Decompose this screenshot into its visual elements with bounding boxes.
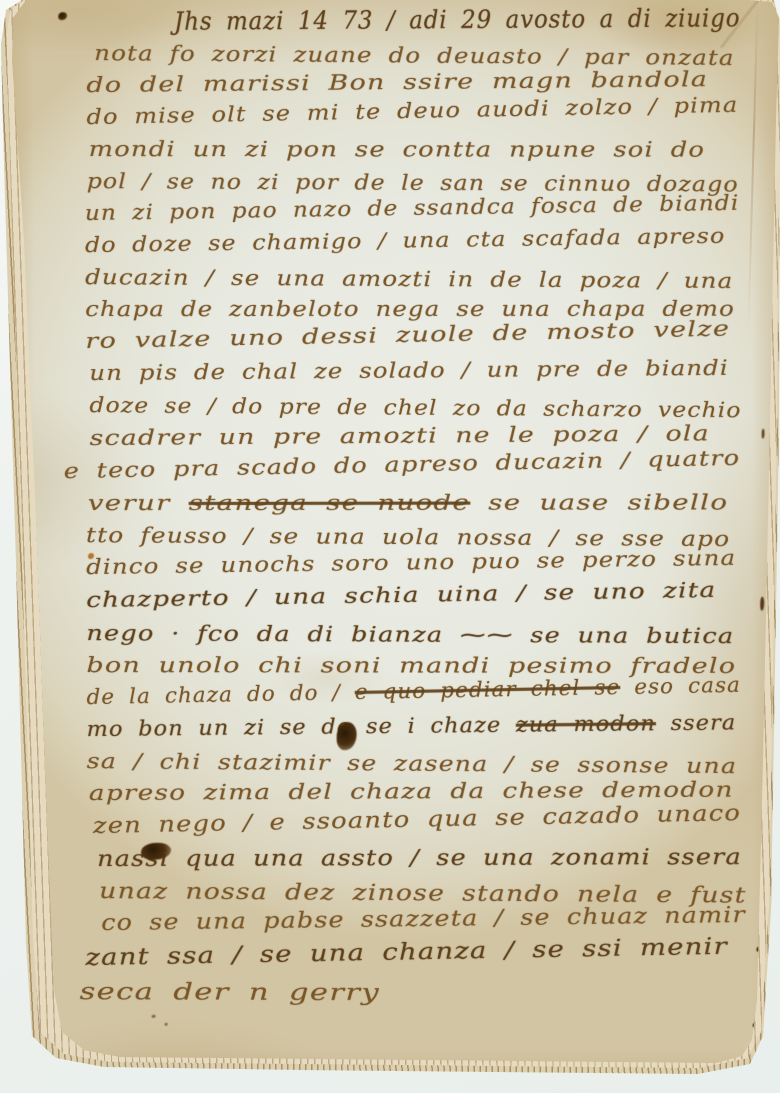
manuscript-line: sa / chi stazimir se zasena / se ssonse … <box>87 751 738 777</box>
edge-speck <box>165 1023 168 1026</box>
manuscript-line: bon unolo chi soni mandi pesimo fradelo <box>86 655 736 677</box>
manuscript-line: doze se / do pre de chel zo da scharzo v… <box>89 395 741 421</box>
manuscript-line: apreso zima del chaza da chese demodon <box>89 779 734 804</box>
edge-speck <box>152 1015 156 1018</box>
ink-blot <box>58 12 67 20</box>
manuscript-line: de la chaza do do / e quo pediar chel se… <box>86 675 741 708</box>
struck-text: stanega se nuode <box>189 491 471 515</box>
manuscript-line: un zi pon pao nazo de ssandca fosca de b… <box>85 193 740 224</box>
manuscript-line: seca der n gerry <box>80 981 381 1005</box>
manuscript-line: do del marissi Bon ssire magn bandola <box>86 69 708 96</box>
manuscript-line: e teco pra scado do apreso ducazin / qua… <box>64 448 741 482</box>
manuscript-line: zant ssa / se una chanza / se ssi menir <box>85 936 728 970</box>
manuscript-line: ro valze uno dessi zuole de mosto velze <box>85 318 730 352</box>
manuscript-line: nota fo zorzi zuane do deuasto / par onz… <box>94 43 735 69</box>
ink-blot <box>337 722 357 750</box>
manuscript-line: ducazin / se una amozti in de la poza / … <box>85 267 733 292</box>
photo-background: { "document": { "kind": "handwritten man… <box>0 0 780 1093</box>
struck-text: e quo pediar chel se <box>355 675 621 704</box>
edge-speck <box>762 429 765 439</box>
handwriting-layer: Jhs mazi 14 73 / adi 29 avosto a di ziui… <box>0 0 780 1093</box>
manuscript-line: un pis de chal ze solado / un pre de bia… <box>89 358 729 384</box>
manuscript-line: mondi un zi pon se contta npune soi do <box>89 139 706 161</box>
manuscript-line: dinco se unochs soro uno puo se perzo su… <box>86 548 736 578</box>
manuscript-line: scadrer un pre amozti ne le poza / ola <box>90 423 710 449</box>
manuscript-line: co se una pabse ssazzeta / se chuaz nami… <box>101 905 746 935</box>
manuscript-page: Jhs mazi 14 73 / adi 29 avosto a di ziui… <box>0 0 780 1093</box>
manuscript-line: zen nego / e ssoanto qua se cazado unaco <box>93 803 741 838</box>
manuscript-line: chapa de zanbeloto nega se una chapa dem… <box>85 299 735 320</box>
manuscript-line: nego · fco da di bianza ⁓⁓ se una butica <box>86 623 734 647</box>
manuscript-line: do doze se chamigo / una cta scafada apr… <box>85 226 726 256</box>
edge-speck <box>760 597 764 611</box>
manuscript-line: do mise olt se mi te deuo auodi zolzo / … <box>86 95 738 128</box>
manuscript-line: chazperto / una schia uina / se uno zita <box>86 580 717 611</box>
manuscript-line: mo bon un zi se do se i chaze zua modon … <box>87 712 737 740</box>
manuscript-line: verur stanega se nuode se uase sibello <box>88 492 728 514</box>
manuscript-line: nassi qua una assto / se una zonami sser… <box>97 847 742 871</box>
heading-line: Jhs mazi 14 73 / adi 29 avosto a di ziui… <box>174 5 740 33</box>
struck-text: zua modon <box>516 711 656 736</box>
